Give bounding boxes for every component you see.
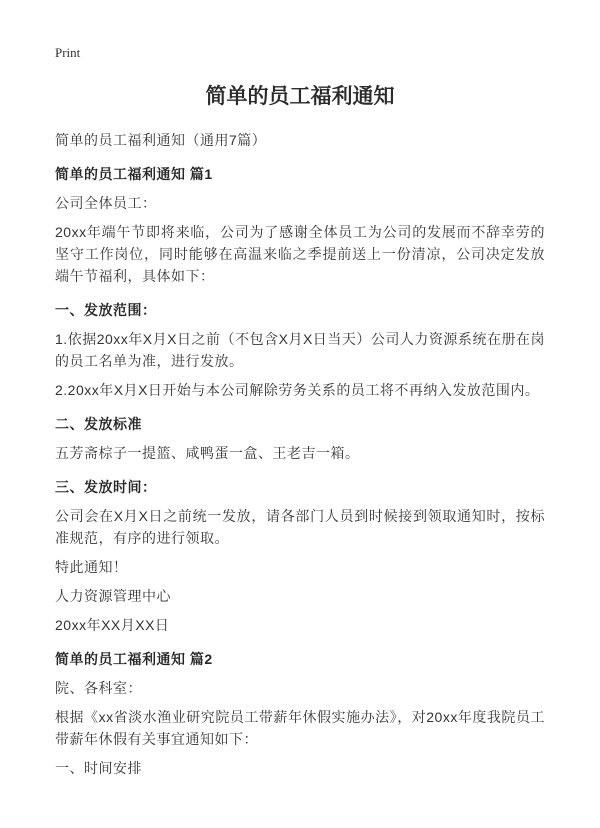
print-button[interactable]: Print	[55, 45, 80, 61]
subsection-heading-standard: 二、发放标准	[55, 413, 545, 435]
paragraph: 根据《xx省淡水渔业研究院员工带薪年休假实施办法》，对20xx年度我院员工带薪年…	[55, 706, 545, 750]
paragraph: 一、时间安排	[55, 757, 545, 779]
paragraph: 20xx年端午节即将来临，公司为了感谢全体员工为公司的发展而不辞幸劳的坚守工作岗…	[55, 221, 545, 287]
notice-closing: 特此通知！	[55, 556, 545, 578]
signature-department: 人力资源管理中心	[55, 585, 545, 607]
section-heading-part2: 简单的员工福利通知 篇2	[55, 648, 545, 670]
subsection-heading-scope: 一、发放范围：	[55, 299, 545, 321]
document-page: Print 简单的员工福利通知 简单的员工福利通知（通用7篇） 简单的员工福利通…	[0, 0, 600, 828]
paragraph: 2.20xx年X月X日开始与本公司解除劳务关系的员工将不再纳入发放范围内。	[55, 379, 545, 401]
subsection-heading-time: 三、发放时间：	[55, 476, 545, 498]
doc-subtitle: 简单的员工福利通知（通用7篇）	[55, 129, 545, 151]
paragraph: 五芳斋棕子一提篮、咸鸭蛋一盒、王老吉一箱。	[55, 442, 545, 464]
salutation: 院、各科室：	[55, 677, 545, 699]
paragraph: 1.依据20xx年X月X日之前（不包含X月X日当天）公司人力资源系统在册在岗的员…	[55, 328, 545, 372]
page-title: 简单的员工福利通知	[55, 83, 545, 111]
signature-date: 20xx年XX月XX日	[55, 614, 545, 636]
salutation: 公司全体员工：	[55, 192, 545, 214]
paragraph: 公司会在X月X日之前统一发放，请各部门人员到时候接到领取通知时，按标准规范，有序…	[55, 505, 545, 549]
section-heading-part1: 简单的员工福利通知 篇1	[55, 163, 545, 185]
